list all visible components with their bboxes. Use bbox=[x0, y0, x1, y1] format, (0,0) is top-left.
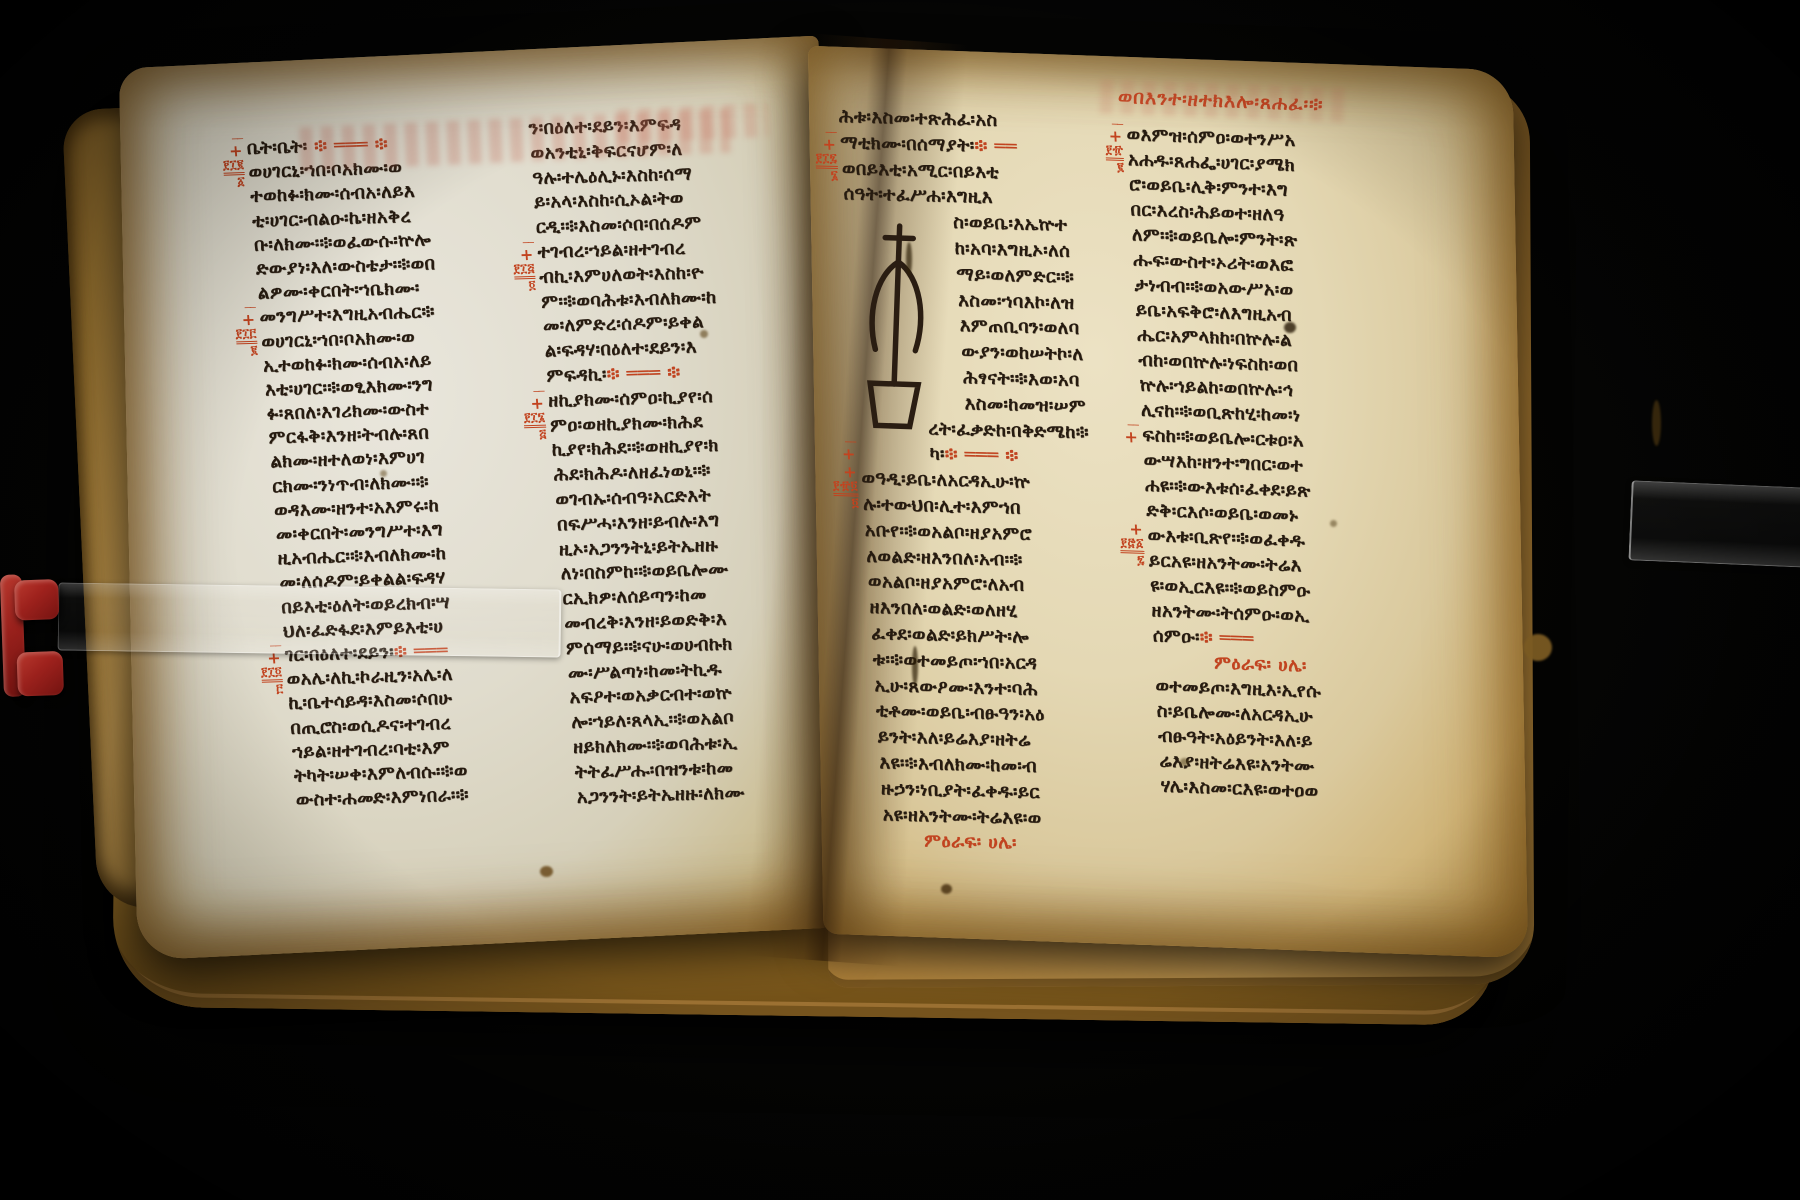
margin-section-mark: +፻፹፬፬ bbox=[815, 465, 860, 510]
margin-section-mark: ──+ bbox=[813, 439, 856, 462]
margin-section-mark: ──+፻፲፭፬ bbox=[491, 240, 537, 293]
text-column-right-c: ሕቱ፡እስመ፡ተጽሕፈ፡አስማቲክሙ፡በሰማያት፡፨ ══ወበይእቲ፡አሚር፡በ… bbox=[838, 106, 1181, 863]
margin-section-mark: ──+፻፹፪ bbox=[1080, 120, 1125, 174]
acrylic-strip-right[interactable] bbox=[1628, 480, 1800, 567]
margin-section-mark: ──+ bbox=[1096, 421, 1139, 445]
ink-stain bbox=[1524, 634, 1552, 661]
red-clip[interactable] bbox=[0, 571, 66, 703]
manuscript-photograph: ወበእንተ፡ዘተክእሎ፡ጸሐፈ፡፨ ቤት፡ቤት፡ ፨ ═══ ፨ወሀገርኒ፡ኀበ… bbox=[0, 0, 1800, 1200]
red-clip-top-jaw bbox=[14, 579, 59, 621]
text-column-right-d: ወእምዝ፡ሰምዐ፡ወተንሥአአሐዱ፡ጸሐፌ፡ሀገር፡ያሜክሮ፡ወይቤ፡ሊቅ፡ምን… bbox=[1126, 124, 1479, 812]
margin-section-mark: +፻፸፩፯ bbox=[1101, 521, 1145, 567]
acrylic-strip-left[interactable] bbox=[58, 582, 562, 657]
margin-section-mark: ──+፻፲፯፮ bbox=[794, 129, 839, 182]
ink-stain bbox=[540, 866, 553, 877]
margin-section-mark: ──+፻፲፮፭ bbox=[501, 388, 547, 441]
section-header-rubric: ወበእንተ፡ዘተክእሎ፡ጸሐፈ፡፨ bbox=[1118, 86, 1529, 124]
margin-section-mark: ──+፻፲፪፩ bbox=[200, 136, 246, 189]
margin-section-mark: ──+፻፲፫፪ bbox=[213, 305, 259, 358]
ink-stain bbox=[941, 884, 952, 894]
ink-stain bbox=[1652, 400, 1661, 446]
red-clip-bottom-jaw bbox=[17, 651, 65, 697]
